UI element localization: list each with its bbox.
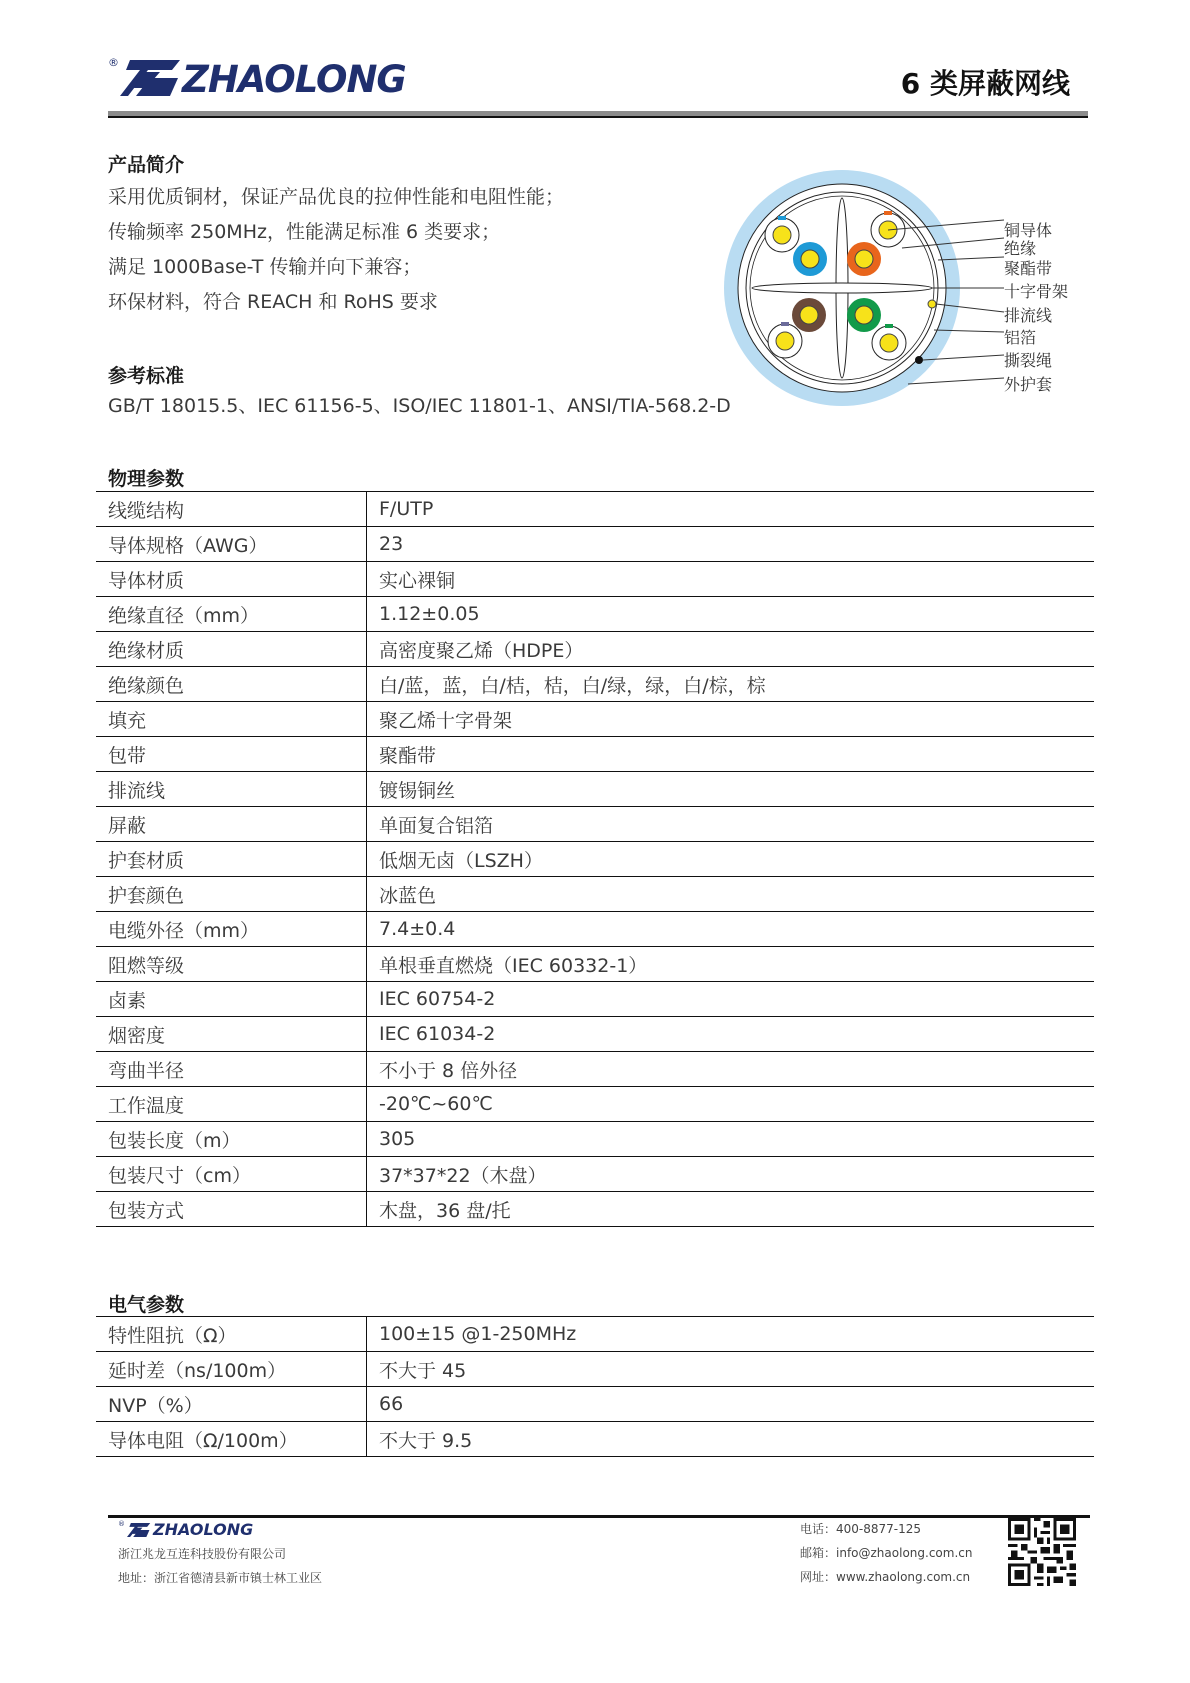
param-value: 单根垂直燃烧（IEC 60332-1） [367, 947, 1095, 982]
param-value: 白/蓝，蓝，白/桔，桔，白/绿，绿，白/棕，棕 [367, 667, 1095, 702]
param-value: 不小于 8 倍外径 [367, 1052, 1095, 1087]
param-name: 导体电阻（Ω/100m） [96, 1422, 367, 1457]
footer-brand-wordmark: ZHAOLONG [153, 1520, 253, 1539]
param-value: 镀锡铜丝 [367, 772, 1095, 807]
diagram-label-rip-cord: 撕裂绳 [1004, 348, 1052, 371]
param-value: 1.12±0.05 [367, 597, 1095, 632]
physical-heading: 物理参数 [108, 464, 184, 491]
param-value: 单面复合铝箔 [367, 807, 1095, 842]
param-name: 护套材质 [96, 842, 367, 877]
intro-line: 采用优质铜材，保证产品优良的拉伸性能和电阻性能； [108, 180, 564, 215]
diagram-label-cross-filler: 十字骨架 [1004, 279, 1068, 302]
param-value: 聚乙烯十字骨架 [367, 702, 1095, 737]
intro-line: 满足 1000Base-T 传输并向下兼容； [108, 250, 564, 285]
table-row: 弯曲半径不小于 8 倍外径 [96, 1052, 1094, 1087]
qr-code-icon [1008, 1518, 1076, 1586]
param-value: 低烟无卤（LSZH） [367, 842, 1095, 877]
param-name: 弯曲半径 [96, 1052, 367, 1087]
table-row: 延时差（ns/100m）不大于 45 [96, 1352, 1094, 1387]
table-row: 导体材质实心裸铜 [96, 562, 1094, 597]
electrical-params-table: 特性阻抗（Ω）100±15 @1-250MHz 延时差（ns/100m）不大于 … [96, 1316, 1094, 1457]
table-row: 包装尺寸（cm）37*37*22（木盘） [96, 1157, 1094, 1192]
footer-divider [108, 1515, 1090, 1518]
table-row: 绝缘材质高密度聚乙烯（HDPE） [96, 632, 1094, 667]
param-name: 包装长度（m） [96, 1122, 367, 1157]
table-row: 屏蔽单面复合铝箔 [96, 807, 1094, 842]
param-value: 23 [367, 527, 1095, 562]
table-row: 护套材质低烟无卤（LSZH） [96, 842, 1094, 877]
param-name: 绝缘直径（mm） [96, 597, 367, 632]
table-row: 包装长度（m）305 [96, 1122, 1094, 1157]
param-value: 实心裸铜 [367, 562, 1095, 597]
param-value: 305 [367, 1122, 1095, 1157]
param-value: 7.4±0.4 [367, 912, 1095, 947]
param-value: 66 [367, 1387, 1095, 1422]
header-divider [108, 111, 1088, 118]
footer-website[interactable]: 网址：www.zhaolong.com.cn [800, 1568, 970, 1585]
param-value: -20℃~60℃ [367, 1087, 1095, 1122]
param-name: 延时差（ns/100m） [96, 1352, 367, 1387]
table-row: 绝缘颜色白/蓝，蓝，白/桔，桔，白/绿，绿，白/棕，棕 [96, 667, 1094, 702]
cable-cross-section-diagram [712, 160, 1012, 420]
footer-phone: 电话：400-8877-125 [800, 1520, 921, 1537]
param-name: 护套颜色 [96, 877, 367, 912]
standards-text: GB/T 18015.5、IEC 61156-5、ISO/IEC 11801-1… [108, 389, 731, 424]
table-row: 电缆外径（mm）7.4±0.4 [96, 912, 1094, 947]
intro-list: 采用优质铜材，保证产品优良的拉伸性能和电阻性能； 传输频率 250MHz，性能满… [108, 180, 564, 320]
param-name: 排流线 [96, 772, 367, 807]
table-row: 工作温度-20℃~60℃ [96, 1087, 1094, 1122]
param-value: 不大于 9.5 [367, 1422, 1095, 1457]
intro-line: 传输频率 250MHz，性能满足标准 6 类要求； [108, 215, 564, 250]
zhaolong-z-logo-icon [127, 1522, 151, 1538]
table-row: 线缆结构F/UTP [96, 492, 1094, 527]
param-name: NVP（%） [96, 1387, 367, 1422]
footer-company: 浙江兆龙互连科技股份有限公司 [118, 1545, 286, 1562]
table-row: NVP（%）66 [96, 1387, 1094, 1422]
param-value: 高密度聚乙烯（HDPE） [367, 632, 1095, 667]
param-name: 电缆外径（mm） [96, 912, 367, 947]
table-row: 导体规格（AWG）23 [96, 527, 1094, 562]
param-name: 工作温度 [96, 1087, 367, 1122]
param-name: 填充 [96, 702, 367, 737]
zhaolong-z-logo-icon [120, 58, 182, 98]
footer-logo: ® ZHAOLONG [118, 1520, 253, 1539]
param-value: IEC 60754-2 [367, 982, 1095, 1017]
param-name: 导体规格（AWG） [96, 527, 367, 562]
param-name: 绝缘颜色 [96, 667, 367, 702]
standards-heading: 参考标准 [108, 361, 184, 388]
diagram-label-aluminum-foil: 铝箔 [1004, 325, 1036, 348]
param-value: IEC 61034-2 [367, 1017, 1095, 1052]
param-name: 包装方式 [96, 1192, 367, 1227]
table-row: 排流线镀锡铜丝 [96, 772, 1094, 807]
intro-line: 环保材料，符合 REACH 和 RoHS 要求 [108, 285, 564, 320]
table-row: 填充聚乙烯十字骨架 [96, 702, 1094, 737]
param-name: 导体材质 [96, 562, 367, 597]
param-name: 烟密度 [96, 1017, 367, 1052]
table-row: 卤素IEC 60754-2 [96, 982, 1094, 1017]
param-value: 100±15 @1-250MHz [367, 1317, 1095, 1352]
param-name: 卤素 [96, 982, 367, 1017]
table-row: 包带聚酯带 [96, 737, 1094, 772]
table-row: 烟密度IEC 61034-2 [96, 1017, 1094, 1052]
param-value: F/UTP [367, 492, 1095, 527]
param-value: 不大于 45 [367, 1352, 1095, 1387]
table-row: 绝缘直径（mm）1.12±0.05 [96, 597, 1094, 632]
intro-heading: 产品简介 [108, 150, 184, 177]
param-name: 包装尺寸（cm） [96, 1157, 367, 1192]
param-name: 绝缘材质 [96, 632, 367, 667]
param-value: 37*37*22（木盘） [367, 1157, 1095, 1192]
physical-params-table: 线缆结构F/UTP 导体规格（AWG）23 导体材质实心裸铜 绝缘直径（mm）1… [96, 491, 1094, 1227]
registered-mark: ® [108, 56, 119, 69]
table-row: 护套颜色冰蓝色 [96, 877, 1094, 912]
page-title: 6 类屏蔽网线 [901, 62, 1070, 102]
diagram-label-polyester-tape: 聚酯带 [1004, 256, 1052, 279]
table-row: 导体电阻（Ω/100m）不大于 9.5 [96, 1422, 1094, 1457]
table-row: 特性阻抗（Ω）100±15 @1-250MHz [96, 1317, 1094, 1352]
registered-mark: ® [118, 1520, 125, 1528]
electrical-heading: 电气参数 [108, 1290, 184, 1317]
diagram-label-outer-jacket: 外护套 [1004, 372, 1052, 395]
param-name: 屏蔽 [96, 807, 367, 842]
param-value: 冰蓝色 [367, 877, 1095, 912]
table-row: 包装方式木盘，36 盘/托 [96, 1192, 1094, 1227]
diagram-label-drain-wire: 排流线 [1004, 303, 1052, 326]
table-row: 阻燃等级单根垂直燃烧（IEC 60332-1） [96, 947, 1094, 982]
brand-wordmark: ZHAOLONG [182, 58, 406, 101]
footer-email[interactable]: 邮箱：info@zhaolong.com.cn [800, 1544, 972, 1561]
param-value: 聚酯带 [367, 737, 1095, 772]
param-name: 包带 [96, 737, 367, 772]
param-name: 特性阻抗（Ω） [96, 1317, 367, 1352]
footer-address: 地址：浙江省德清县新市镇士林工业区 [118, 1569, 322, 1586]
param-value: 木盘，36 盘/托 [367, 1192, 1095, 1227]
param-name: 阻燃等级 [96, 947, 367, 982]
param-name: 线缆结构 [96, 492, 367, 527]
